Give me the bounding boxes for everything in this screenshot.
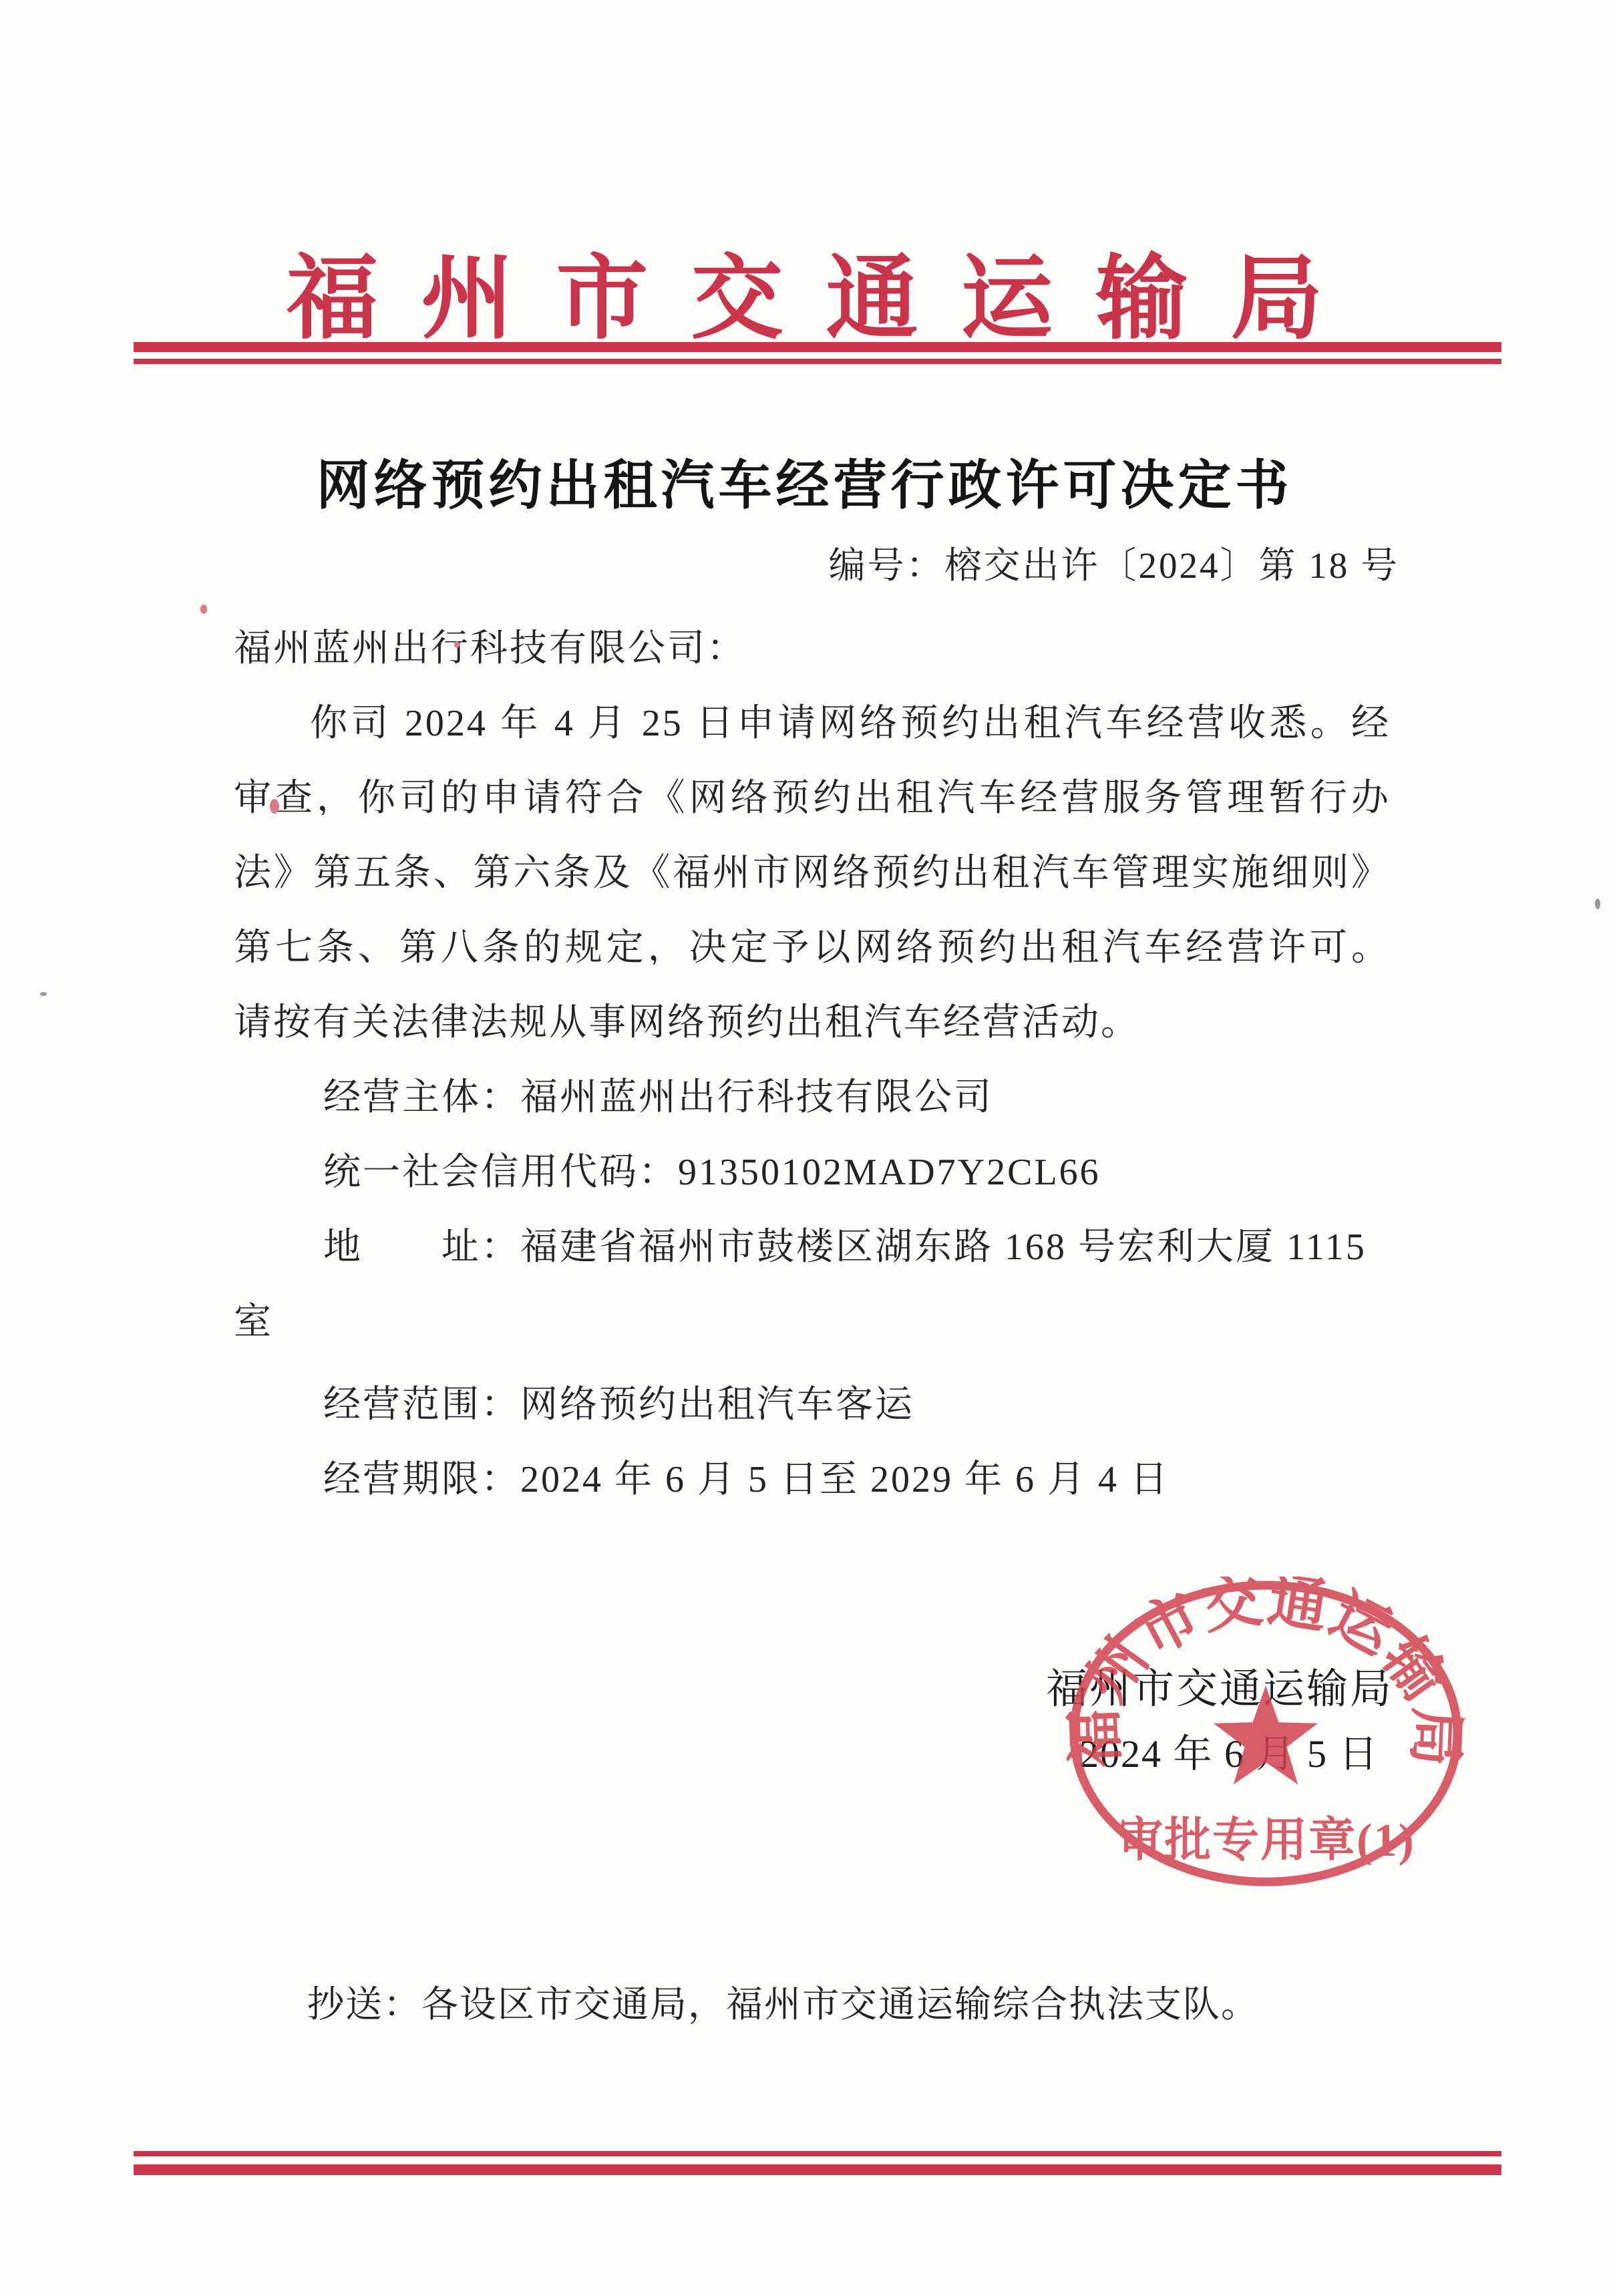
info-line-address-wrap: 室 [234,1292,273,1345]
document-number: 编号：榕交出许〔2024〕第 18 号 [828,536,1399,589]
footer-rule-thick [134,2164,1501,2175]
info-line-credit-code: 统一社会信用代码：91350102MAD7Y2CL66 [323,1142,1101,1196]
info-line-license-period: 经营期限：2024 年 6 月 5 日至 2029 年 6 月 4 日 [323,1450,1170,1503]
document-title: 网络预约出租汽车经营行政许可决定书 [0,442,1609,519]
info-line-operator: 经营主体：福州蓝州出行科技有限公司 [323,1068,993,1121]
paragraph-line: 审查，你司的申请符合《网络预约出租汽车经营服务管理暂行办 [234,768,1391,815]
info-line-address: 地 址：福建省福州市鼓楼区湖东路 168 号宏利大厦 1115 [323,1217,1367,1271]
scan-speck [200,605,207,614]
scan-speck [270,799,279,814]
paragraph-line: 请按有关法律法规从事网络预约出租汽车经营活动。 [234,993,1140,1046]
paragraph-line: 你司 2024 年 4 月 25 日申请网络预约出租汽车经营收悉。经 [310,693,1391,740]
license-decision-document: 福州市交通运输局 网络预约出租汽车经营行政许可决定书 编号：榕交出许〔2024〕… [0,0,1609,2296]
header-rule-thick [134,342,1501,352]
stamp-bottom-text: 审批专用章(1) [1116,1814,1415,1866]
scan-speck [454,641,460,648]
cc-distribution-line: 抄送：各设区市交通局，福州市交通运输综合执法支队。 [307,1975,1259,2027]
star-icon [1214,1685,1318,1784]
official-approval-stamp: 福州市交通运输局 审批专用章(1) [1065,1577,1466,1891]
agency-letterhead: 福州市交通运输局 [0,224,1609,357]
addressee-line: 福州蓝州出行科技有限公司： [234,619,746,672]
info-line-business-scope: 经营范围：网络预约出租汽车客运 [323,1375,914,1428]
footer-rule-thin [134,2151,1501,2156]
header-rule-thin [134,359,1501,364]
paragraph-line: 法》第五条、第六条及《福州市网络预约出租汽车管理实施细则》 [234,843,1391,890]
scan-speck [1595,898,1600,909]
paragraph-line: 第七条、第八条的规定，决定予以网络预约出租汽车经营许可。 [234,918,1391,965]
scan-speck [40,992,47,996]
